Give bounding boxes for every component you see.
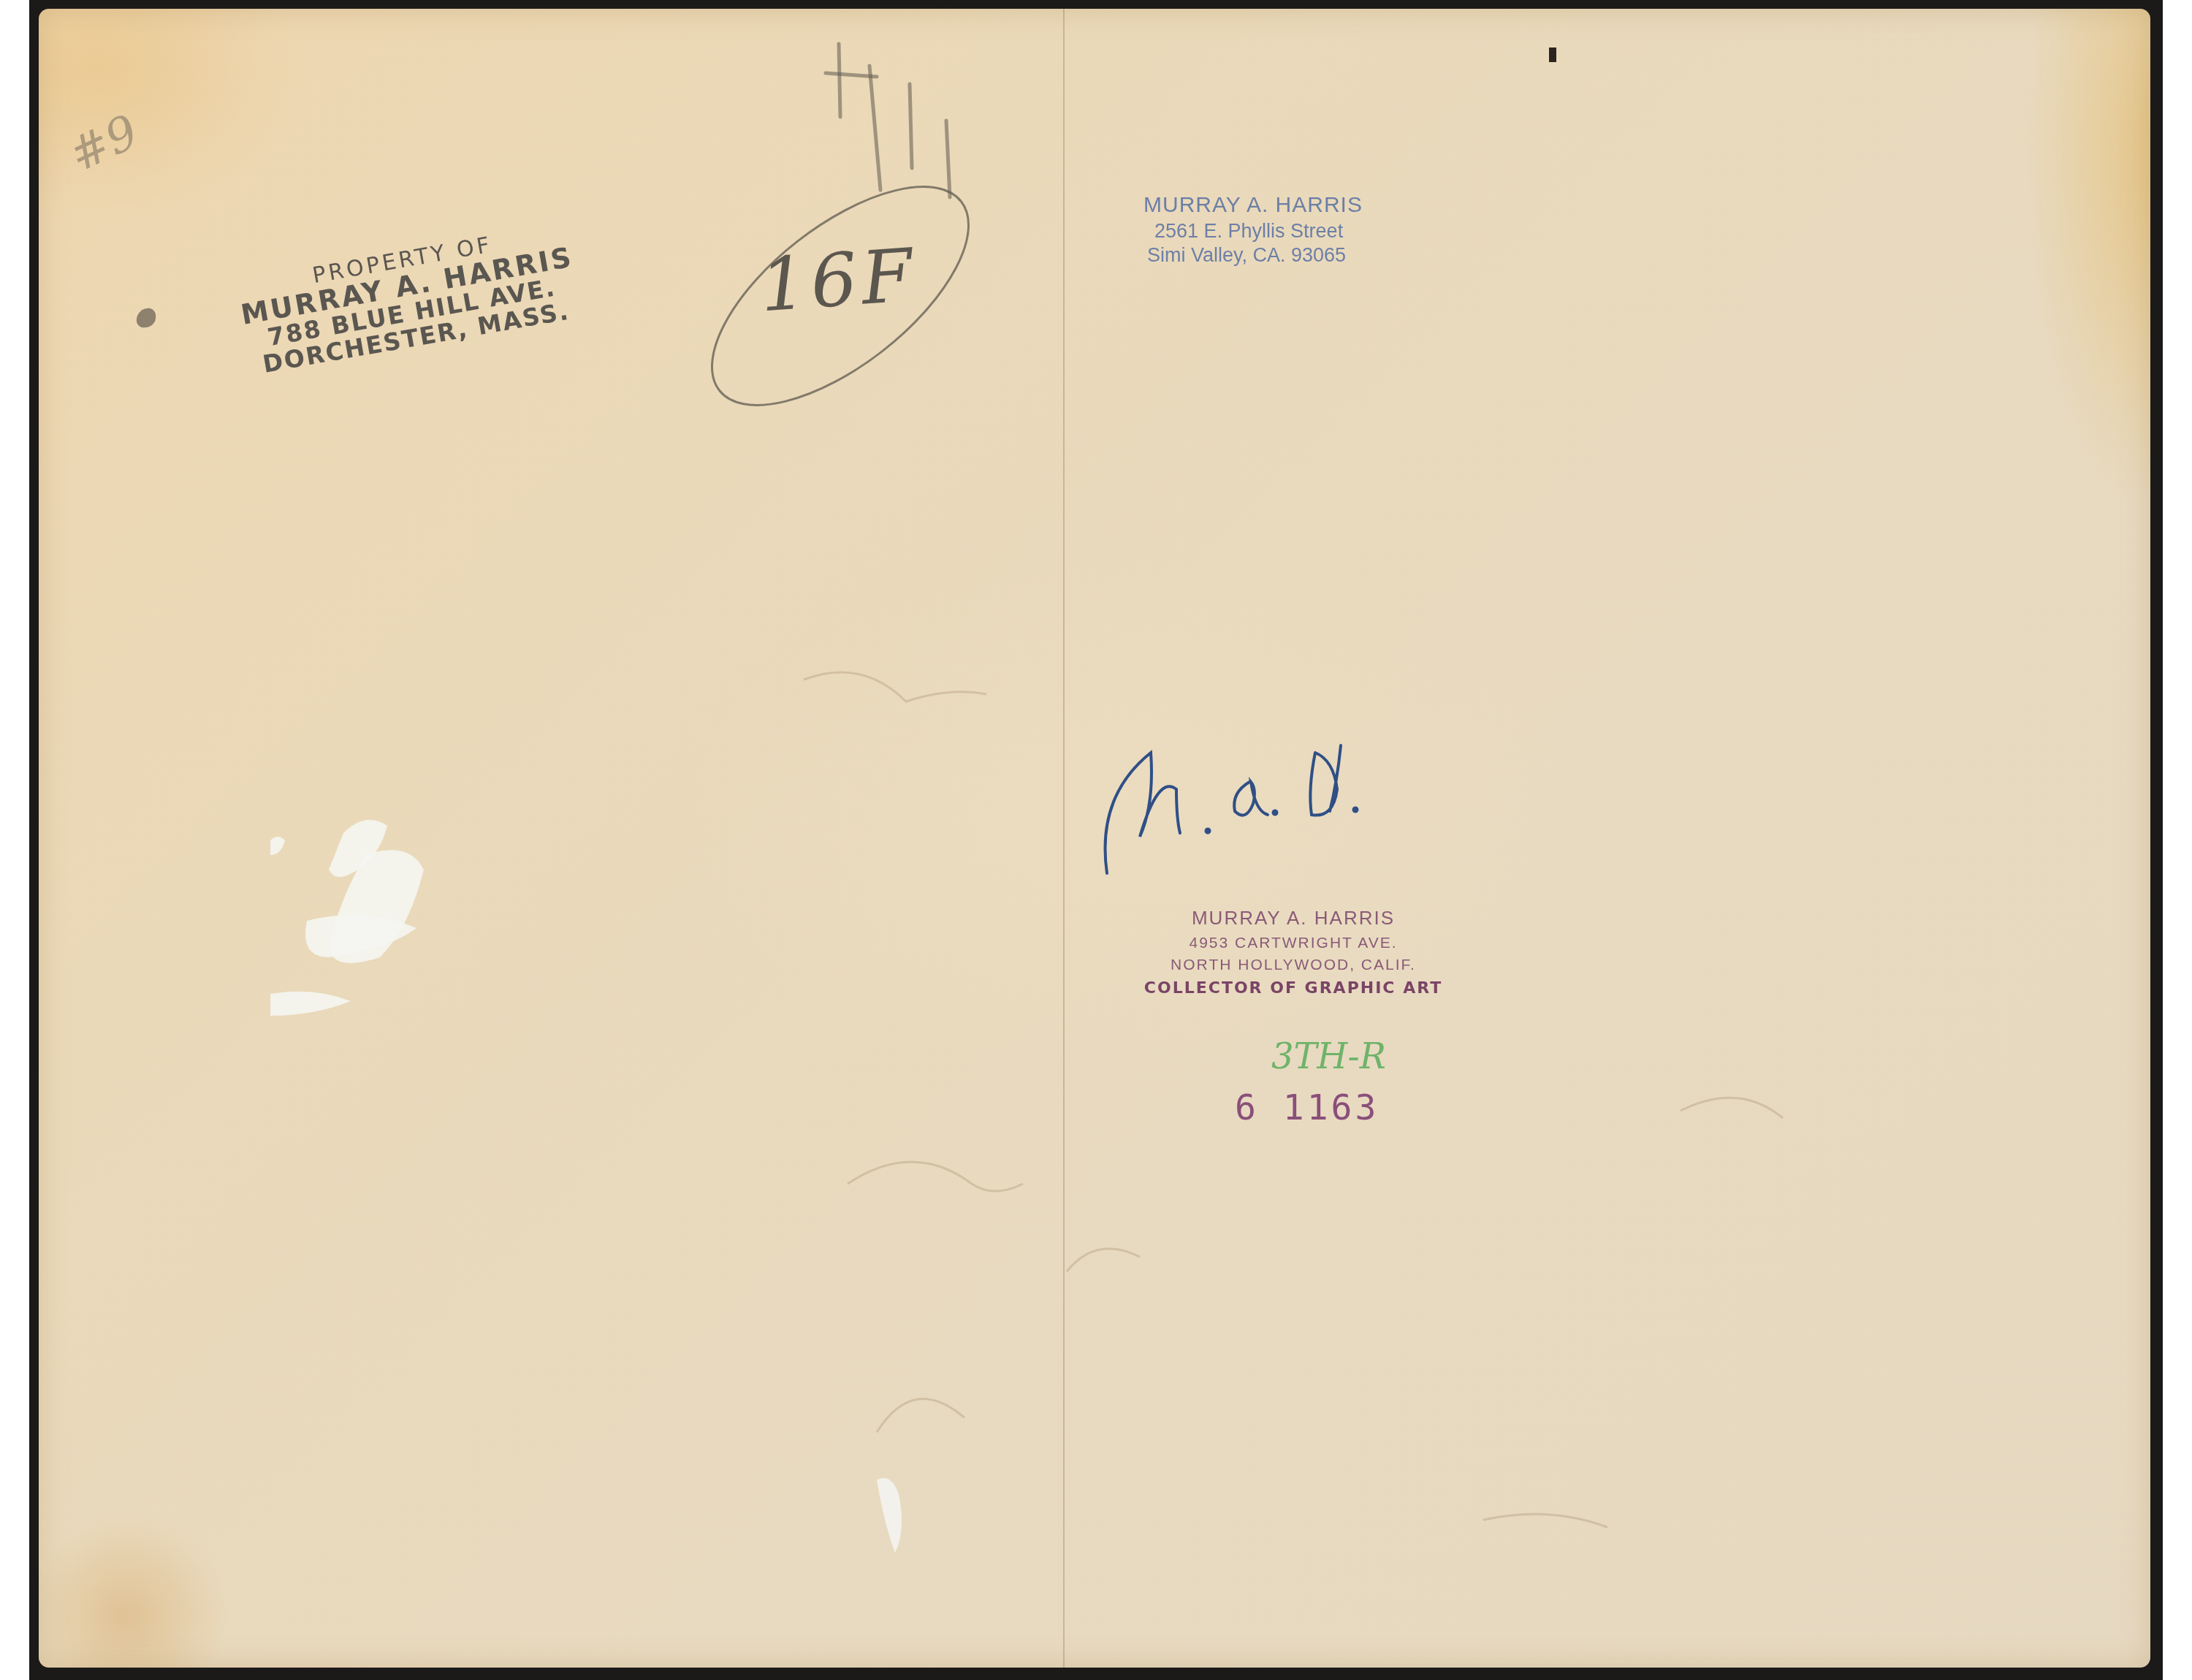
stamp-simi-valley: MURRAY A. HARRIS 2561 E. Phyllis Street … xyxy=(1143,191,1363,268)
stamp-line: MURRAY A. HARRIS xyxy=(1143,191,1363,219)
stamp-line: 4953 CARTWRIGHT AVE. xyxy=(1140,932,1447,954)
circled-code-16f: 16F xyxy=(757,232,919,329)
purple-inventory-number: 6 1163 xyxy=(1235,1087,1379,1128)
stamp-line: Simi Valley, CA. 93065 xyxy=(1143,243,1363,268)
green-inventory-code: 3TH-R xyxy=(1271,1036,1386,1077)
stamp-line: NORTH HOLLYWOOD, CALIF. xyxy=(1140,954,1447,976)
stamp-line: COLLECTOR OF GRAPHIC ART xyxy=(1140,977,1447,1000)
stamp-north-hollywood: MURRAY A. HARRIS 4953 CARTWRIGHT AVE. NO… xyxy=(1140,905,1447,1000)
stamp-line: 2561 E. Phyllis Street xyxy=(1143,219,1363,244)
stamp-line: MURRAY A. HARRIS xyxy=(1140,905,1447,932)
center-fold-line xyxy=(1063,9,1065,1668)
